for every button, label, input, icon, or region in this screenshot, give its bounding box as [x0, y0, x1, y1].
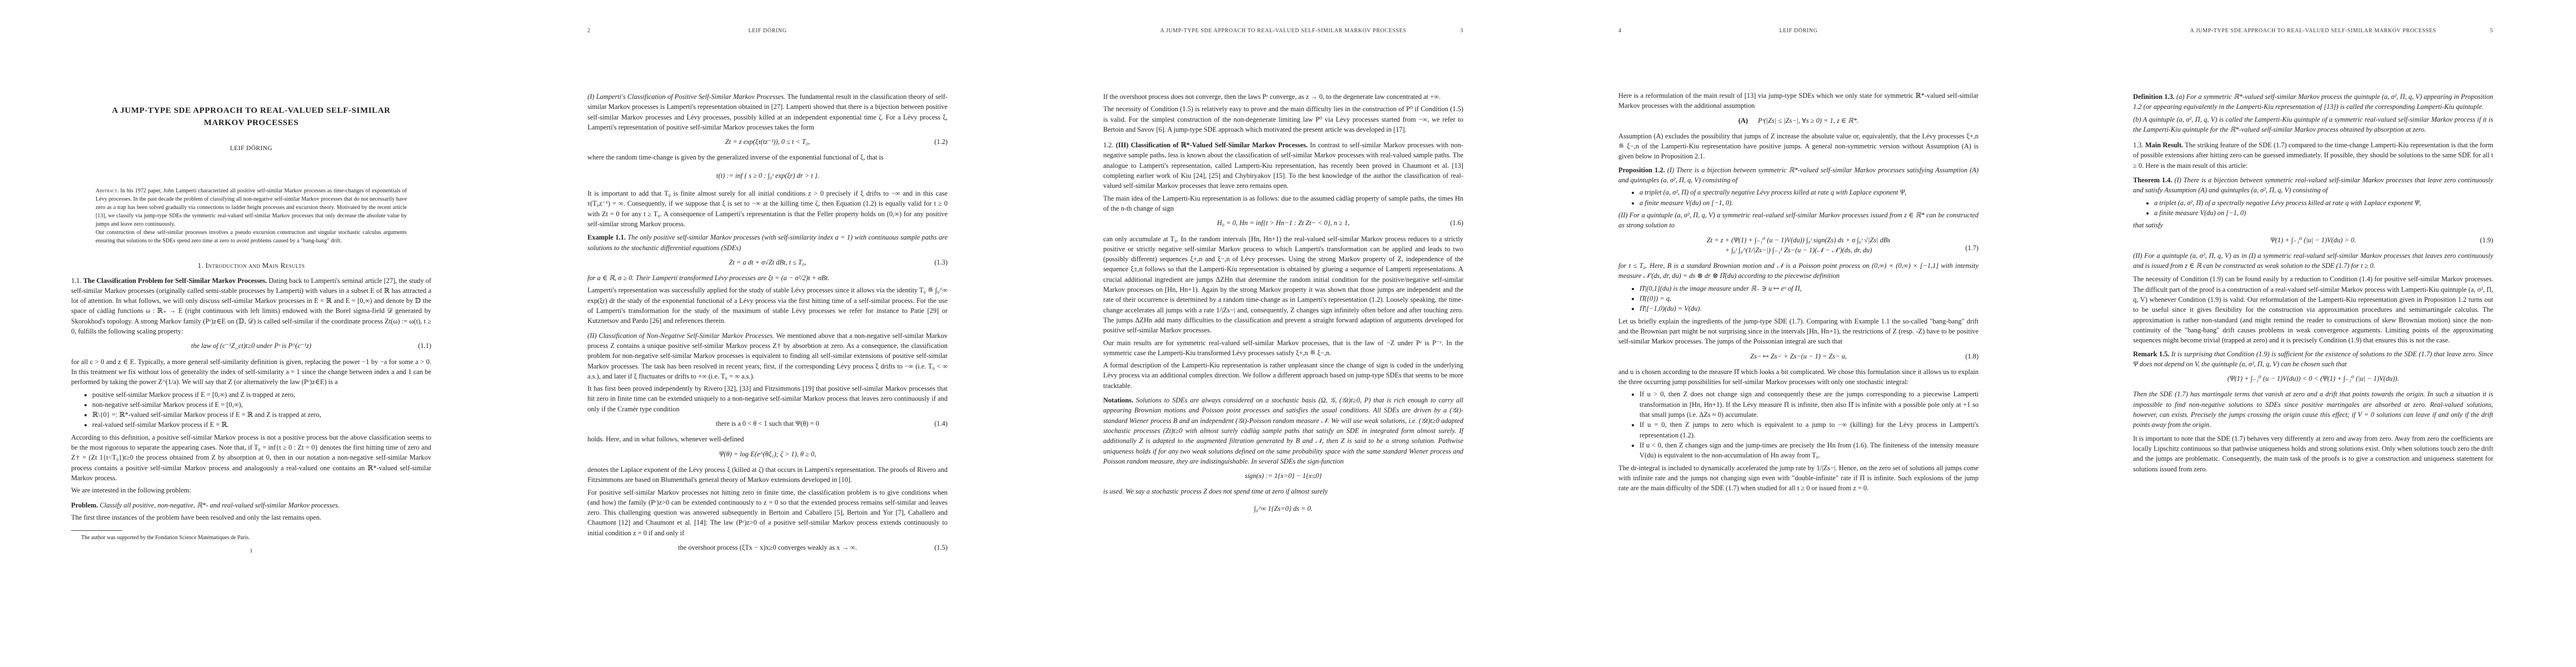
- problem-text: Classify all positive, non-negative, ℝ*-…: [99, 501, 339, 509]
- equation-1-3: Zt = a dt + σ√Zt dBt, t ≤ T₀, (1.3): [587, 257, 948, 267]
- definition: Definition 1.3. (a) For a symmetric ℝ*-v…: [2133, 92, 2493, 112]
- paragraph-text: The striking feature of the SDE (1.7) co…: [2133, 141, 2493, 170]
- running-head: 2 LEIF DÖRING: [587, 28, 948, 34]
- list-item: real-valued self-similar Markov process …: [92, 420, 431, 430]
- page-number: 4: [1618, 28, 1622, 34]
- problem-statement: Problem. Classify all positive, non-nega…: [71, 500, 431, 510]
- equation-1-8: Zs− ↦ Zs− + Zs−(u − 1) = Zs− u, (1.8): [1618, 351, 1979, 361]
- paragraph: 1.2. (III) Classification of ℝ*-Valued S…: [1103, 140, 1463, 191]
- page-2: 2 LEIF DÖRING (I) Lamperti's Classificat…: [515, 0, 1030, 667]
- paragraph: It is important to add that T₀ is finite…: [587, 188, 948, 229]
- abstract-text-2: Our construction of these self-similar p…: [96, 228, 407, 245]
- example-text: The only positive self-similar Markov pr…: [587, 233, 948, 251]
- paragraph: and u is chosen according to the measure…: [1618, 367, 1979, 387]
- jump-list: If u > 0, then Z does not change sign an…: [1618, 389, 1979, 460]
- equation-body: Pᶻ(|Zs| ≤ |Zs−|, ∀s ≥ 0) = 1, z ∈ ℝ*.: [1758, 116, 1858, 126]
- paragraph-label: (II) Classification of Non-Negative Self…: [587, 332, 774, 340]
- running-head: 4 LEIF DÖRING: [1618, 28, 1979, 34]
- paragraph: for all c > 0 and z ∈ E. Typically, a mo…: [71, 357, 431, 387]
- paragraph: The necessity of Condition (1.5) is rela…: [1103, 104, 1463, 135]
- paragraph: for a ∈ ℝ, σ ≥ 0. Their Lamperti transfo…: [587, 273, 948, 283]
- equation-1-9: Ψ(1) + ∫₋₁⁰ (|u| − 1)V(du) > 0. (1.9): [2133, 235, 2493, 245]
- equation-body: Zs− ↦ Zs− + Zs−(u − 1) = Zs− u,: [1750, 351, 1847, 361]
- equation-body: Ψ(1) + ∫₋₁⁰ (|u| − 1)V(du) > 0.: [2270, 235, 2356, 245]
- paragraph: According to this definition, a positive…: [71, 432, 431, 483]
- paragraph: Let us briefly explain the ingredients o…: [1618, 316, 1979, 347]
- equation-body: there is a 0 < θ < 1 such that Ψ(θ) = 0: [716, 419, 819, 429]
- abstract-label: Abstract.: [96, 188, 118, 194]
- equation-number: (1.2): [934, 137, 948, 147]
- equation-number: (1.5): [934, 542, 948, 552]
- equation-line: Zt = z + (Ψ(1) + ∫₋₁⁰ (u − 1)V(du)) ∫₀ᵗ …: [1707, 235, 1890, 245]
- equation-number: (1.4): [934, 419, 948, 429]
- theorem-text: (I) There is a bijection between symmetr…: [2133, 176, 2493, 194]
- equation-body: sign(x) := 1{x>0} − 1{x≤0}: [1245, 471, 1322, 481]
- equation-1-2: Zt = z exp(ξτ(tz⁻¹)), 0 ≤ t < T₀, (1.2): [587, 137, 948, 147]
- theorem-label: Theorem 1.4.: [2133, 176, 2172, 184]
- paragraph: It has first been proved independently b…: [587, 384, 948, 414]
- running-head: A JUMP-TYPE SDE APPROACH TO REAL-VALUED …: [1103, 28, 1463, 34]
- page-number: 2: [587, 28, 591, 34]
- page-2-body: (I) Lamperti's Classification of Positiv…: [587, 92, 948, 558]
- footnote-rule: [71, 530, 122, 531]
- paragraph: is used. We say a stochastic process Z d…: [1103, 486, 1463, 496]
- problem-label: Problem.: [71, 501, 98, 509]
- definition-list: positive self-similar Markov process if …: [71, 390, 431, 430]
- author: LEIF DÖRING: [71, 143, 431, 153]
- subsection-title: The Classification Problem for Self-Simi…: [83, 277, 267, 285]
- running-head: A JUMP-TYPE SDE APPROACH TO REAL-VALUED …: [2133, 28, 2493, 34]
- equation-1-1: the law of (c⁻¹Z_ct)t≥0 under Pᶻ is P^(c…: [71, 341, 431, 351]
- page-number: 3: [1460, 28, 1463, 34]
- abstract: Abstract. In his 1972 paper, John Lamper…: [96, 187, 407, 245]
- equation-body: ∫₀^∞ 1{Zs=0} ds = 0.: [1254, 504, 1312, 514]
- title-line-1: A JUMP-TYPE SDE APPROACH TO REAL-VALUED …: [71, 104, 431, 117]
- equation-tau: τ(t) := inf { s ≥ 0 : ∫₀ˢ exp(ξr) dr > t…: [587, 171, 948, 181]
- paragraph: If the overshoot process does not conver…: [1103, 92, 1463, 102]
- paragraph: (II) Classification of Non-Negative Self…: [587, 331, 948, 381]
- paragraph: Lamperti's representation was successful…: [587, 285, 948, 326]
- equation-number: (1.1): [418, 341, 431, 351]
- list-item: Π̄|[−1,0)(du) = V(du).: [1640, 303, 1979, 313]
- equation-remark: (Ψ(1) + ∫₋₁⁰ (u − 1)V(du)) < 0 < (Ψ(1) +…: [2133, 374, 2493, 384]
- page-1: A JUMP-TYPE SDE APPROACH TO REAL-VALUED …: [0, 0, 515, 667]
- equation-body: Zt = a dt + σ√Zt dBt, t ≤ T₀,: [729, 257, 806, 267]
- paragraph: can only accumulate at T₀. In the random…: [1103, 234, 1463, 336]
- proposition-list: a triplet (a, σ², Π) of a spectrally neg…: [1618, 187, 1979, 208]
- paragraph: A formal description of the Lamperti-Kiu…: [1103, 360, 1463, 391]
- list-item: a triplet (a, σ², Π) of a spectrally neg…: [2154, 198, 2493, 208]
- page-3: A JUMP-TYPE SDE APPROACH TO REAL-VALUED …: [1030, 0, 1546, 667]
- subsection-title: Main Result.: [2145, 141, 2183, 149]
- paragraph: 1.3. Main Result. The striking feature o…: [2133, 140, 2493, 171]
- paragraph: The dr-integral is included to dynamical…: [1618, 463, 1979, 494]
- paragraph: that satisfy: [2133, 220, 2493, 230]
- remark: Remark 1.5. It is surprising that Condit…: [2133, 349, 2493, 370]
- paragraph: The necessity of Condition (1.9) can be …: [2133, 274, 2493, 345]
- paragraph: (II) For a quintuple (a, σ², Π, q, V) as…: [2133, 251, 2493, 271]
- paragraph: For positive self-similar Markov process…: [587, 487, 948, 538]
- list-item: If u > 0, then Z does not change sign an…: [1640, 389, 1979, 420]
- paragraph: It is important to note that the SDE (1.…: [2133, 434, 2493, 474]
- equation-1-4: there is a 0 < θ < 1 such that Ψ(θ) = 0 …: [587, 419, 948, 429]
- theorem: Theorem 1.4. (I) There is a bijection be…: [2133, 175, 2493, 196]
- paragraph-label: (I) Lamperti's Classification of Positiv…: [587, 93, 785, 101]
- page-number: 5: [2490, 28, 2493, 34]
- page-4-body: Here is a reformulation of the main resu…: [1618, 91, 1979, 495]
- page-5-body: Definition 1.3. (a) For a symmetric ℝ*-v…: [2133, 92, 2493, 476]
- equation-zero-time: ∫₀^∞ 1{Zs=0} ds = 0.: [1103, 504, 1463, 514]
- subsection-number: 1.3.: [2133, 141, 2144, 149]
- page-4: 4 LEIF DÖRING Here is a reformulation of…: [1546, 0, 2061, 667]
- paragraph-text: Dating back to Lamperti's seminal articl…: [71, 277, 431, 335]
- paragraph: denotes the Laplace exponent of the Lévy…: [587, 465, 948, 485]
- remark-label: Remark 1.5.: [2133, 350, 2169, 358]
- paragraph: Our main results are for symmetric real-…: [1103, 338, 1463, 359]
- subsection-title: (III) Classification of ℝ*-Valued Self-S…: [1116, 141, 1308, 149]
- paragraph: Assumption (A) excludes the possibility …: [1618, 131, 1979, 162]
- running-head-text: A JUMP-TYPE SDE APPROACH TO REAL-VALUED …: [1103, 28, 1463, 34]
- list-item: non-negative self-similar Markov process…: [92, 400, 431, 410]
- proposition-text: (I) There is a bijection between symmetr…: [1618, 166, 1979, 184]
- equation-body: the overshoot process (ξTx − x)x≥0 conve…: [678, 542, 857, 552]
- notations-label: Notations.: [1103, 396, 1133, 404]
- equation-1-6: H₀ = 0, Hn = inf{t > Hn−1 : Zt Zt− < 0},…: [1103, 218, 1463, 228]
- definition-text-a: (a) For a symmetric ℝ*-valued self-simil…: [2133, 93, 2493, 111]
- running-head-text: A JUMP-TYPE SDE APPROACH TO REAL-VALUED …: [2133, 28, 2493, 34]
- page-5: A JUMP-TYPE SDE APPROACH TO REAL-VALUED …: [2061, 0, 2576, 667]
- subsection-number: 1.2.: [1103, 141, 1114, 149]
- notations: Notations. Solutions to SDEs are always …: [1103, 395, 1463, 466]
- subsection-number: 1.1.: [71, 277, 82, 285]
- measure-list: Π̄|(0,1](du) is the image measure under …: [1618, 283, 1979, 314]
- equation-body: H₀ = 0, Hn = inf{t > Hn−1 : Zt Zt− < 0},…: [1217, 218, 1349, 228]
- equation-body: the law of (c⁻¹Z_ct)t≥0 under Pᶻ is P^(c…: [191, 341, 311, 351]
- example-label: Example 1.1.: [587, 233, 626, 241]
- paragraph: We are interested in the following probl…: [71, 485, 431, 495]
- paragraph: The main idea of the Lamperti-Kiu repres…: [1103, 193, 1463, 214]
- paper-title: A JUMP-TYPE SDE APPROACH TO REAL-VALUED …: [71, 104, 431, 129]
- assumption-label: (A): [1738, 116, 1748, 126]
- section-heading: 1. Introduction and Main Results: [71, 261, 431, 271]
- equation-body: τ(t) := inf { s ≥ 0 : ∫₀ˢ exp(ξr) dr > t…: [716, 171, 819, 181]
- list-item: positive self-similar Markov process if …: [92, 390, 431, 400]
- equation-line: + ∫₀ᵗ ∫₀^(1/|Zs−|) ∫₋₁¹ Zs−(u − 1)(𝒩 − 𝒩…: [1725, 245, 1872, 255]
- paragraph: where the random time-change is given by…: [587, 152, 948, 162]
- list-item: If u = 0, then Z jumps to zero which is …: [1640, 420, 1979, 440]
- list-item: If u < 0, then Z changes sign and the ju…: [1640, 440, 1979, 461]
- equation-body: Ψ(θ) = log E(e^(θξ₁); ζ > 1), θ ≥ 0,: [719, 449, 816, 459]
- example: Example 1.1. The only positive self-simi…: [587, 232, 948, 253]
- title-line-2: MARKOV PROCESSES: [71, 117, 431, 129]
- remark-text: It is surprising that Condition (1.9) is…: [2133, 350, 2493, 368]
- running-head-text: LEIF DÖRING: [587, 28, 948, 34]
- proposition-label: Proposition 1.2.: [1618, 166, 1665, 174]
- equation-number: (1.3): [934, 257, 948, 267]
- footnote: The author was supported by the Fondatio…: [71, 533, 431, 543]
- equation-sign: sign(x) := 1{x>0} − 1{x≤0}: [1103, 471, 1463, 481]
- equation-1-5: the overshoot process (ξTx − x)x≥0 conve…: [587, 542, 948, 552]
- list-item: a finite measure V(du) on [−1, 0): [2154, 208, 2493, 218]
- list-item: Π̄|(0,1](du) is the image measure under …: [1640, 283, 1979, 293]
- assumption-a: (A) Pᶻ(|Zs| ≤ |Zs−|, ∀s ≥ 0) = 1, z ∈ ℝ*…: [1618, 116, 1979, 126]
- paragraph: (II) For a quintuple (a, σ², Π, q, V) a …: [1618, 210, 1979, 231]
- page-1-body: A JUMP-TYPE SDE APPROACH TO REAL-VALUED …: [71, 104, 431, 557]
- equation-psi: Ψ(θ) = log E(e^(θξ₁); ζ > 1), θ ≥ 0,: [587, 449, 948, 459]
- paragraph: The first three instances of the problem…: [71, 512, 431, 522]
- equation-body: Zt = z exp(ξτ(tz⁻¹)), 0 ≤ t < T₀,: [725, 137, 810, 147]
- equation-number: (1.6): [1450, 218, 1463, 228]
- paragraph: 1.1. The Classification Problem for Self…: [71, 276, 431, 337]
- paragraph: for t ≤ T₀. Here, B is a standard Browni…: [1618, 261, 1979, 281]
- paragraph: Then the SDE (1.7) has martingale terms …: [2133, 389, 2493, 430]
- equation-number: (1.8): [1965, 351, 1979, 361]
- proposition: Proposition 1.2. (I) There is a bijectio…: [1618, 165, 1979, 186]
- paragraph: Here is a reformulation of the main resu…: [1618, 91, 1979, 111]
- notations-text: Solutions to SDEs are always considered …: [1103, 396, 1463, 465]
- definition-text-b: (b) A quintuple (a, σ², Π, q, V) is call…: [2133, 115, 2493, 135]
- paragraph: holds. Here, and in what follows, whenev…: [587, 434, 948, 444]
- paragraph: (I) Lamperti's Classification of Positiv…: [587, 92, 948, 132]
- equation-number: (1.7): [1965, 243, 1979, 253]
- running-head-text: LEIF DÖRING: [1618, 28, 1979, 34]
- page-3-body: If the overshoot process does not conver…: [1103, 92, 1463, 519]
- equation-body: (Ψ(1) + ∫₋₁⁰ (u − 1)V(du)) < 0 < (Ψ(1) +…: [2228, 374, 2399, 384]
- page-number: 1: [71, 546, 431, 556]
- theorem-list: a triplet (a, σ², Π) of a spectrally neg…: [2133, 198, 2493, 218]
- equation-number: (1.9): [2480, 235, 2493, 245]
- list-item: a triplet (a, σ², Π) of a spectrally neg…: [1640, 187, 1979, 197]
- abstract-text: In his 1972 paper, John Lamperti charact…: [96, 188, 407, 227]
- list-item: a finite measure V(du) on [−1, 0).: [1640, 198, 1979, 208]
- definition-label: Definition 1.3.: [2133, 93, 2175, 101]
- equation-1-7: Zt = z + (Ψ(1) + ∫₋₁⁰ (u − 1)V(du)) ∫₀ᵗ …: [1618, 235, 1979, 256]
- list-item: Π̄({0}) = q,: [1640, 293, 1979, 303]
- list-item: ℝ\{0} =: ℝ*-valued self-similar Markov p…: [92, 410, 431, 420]
